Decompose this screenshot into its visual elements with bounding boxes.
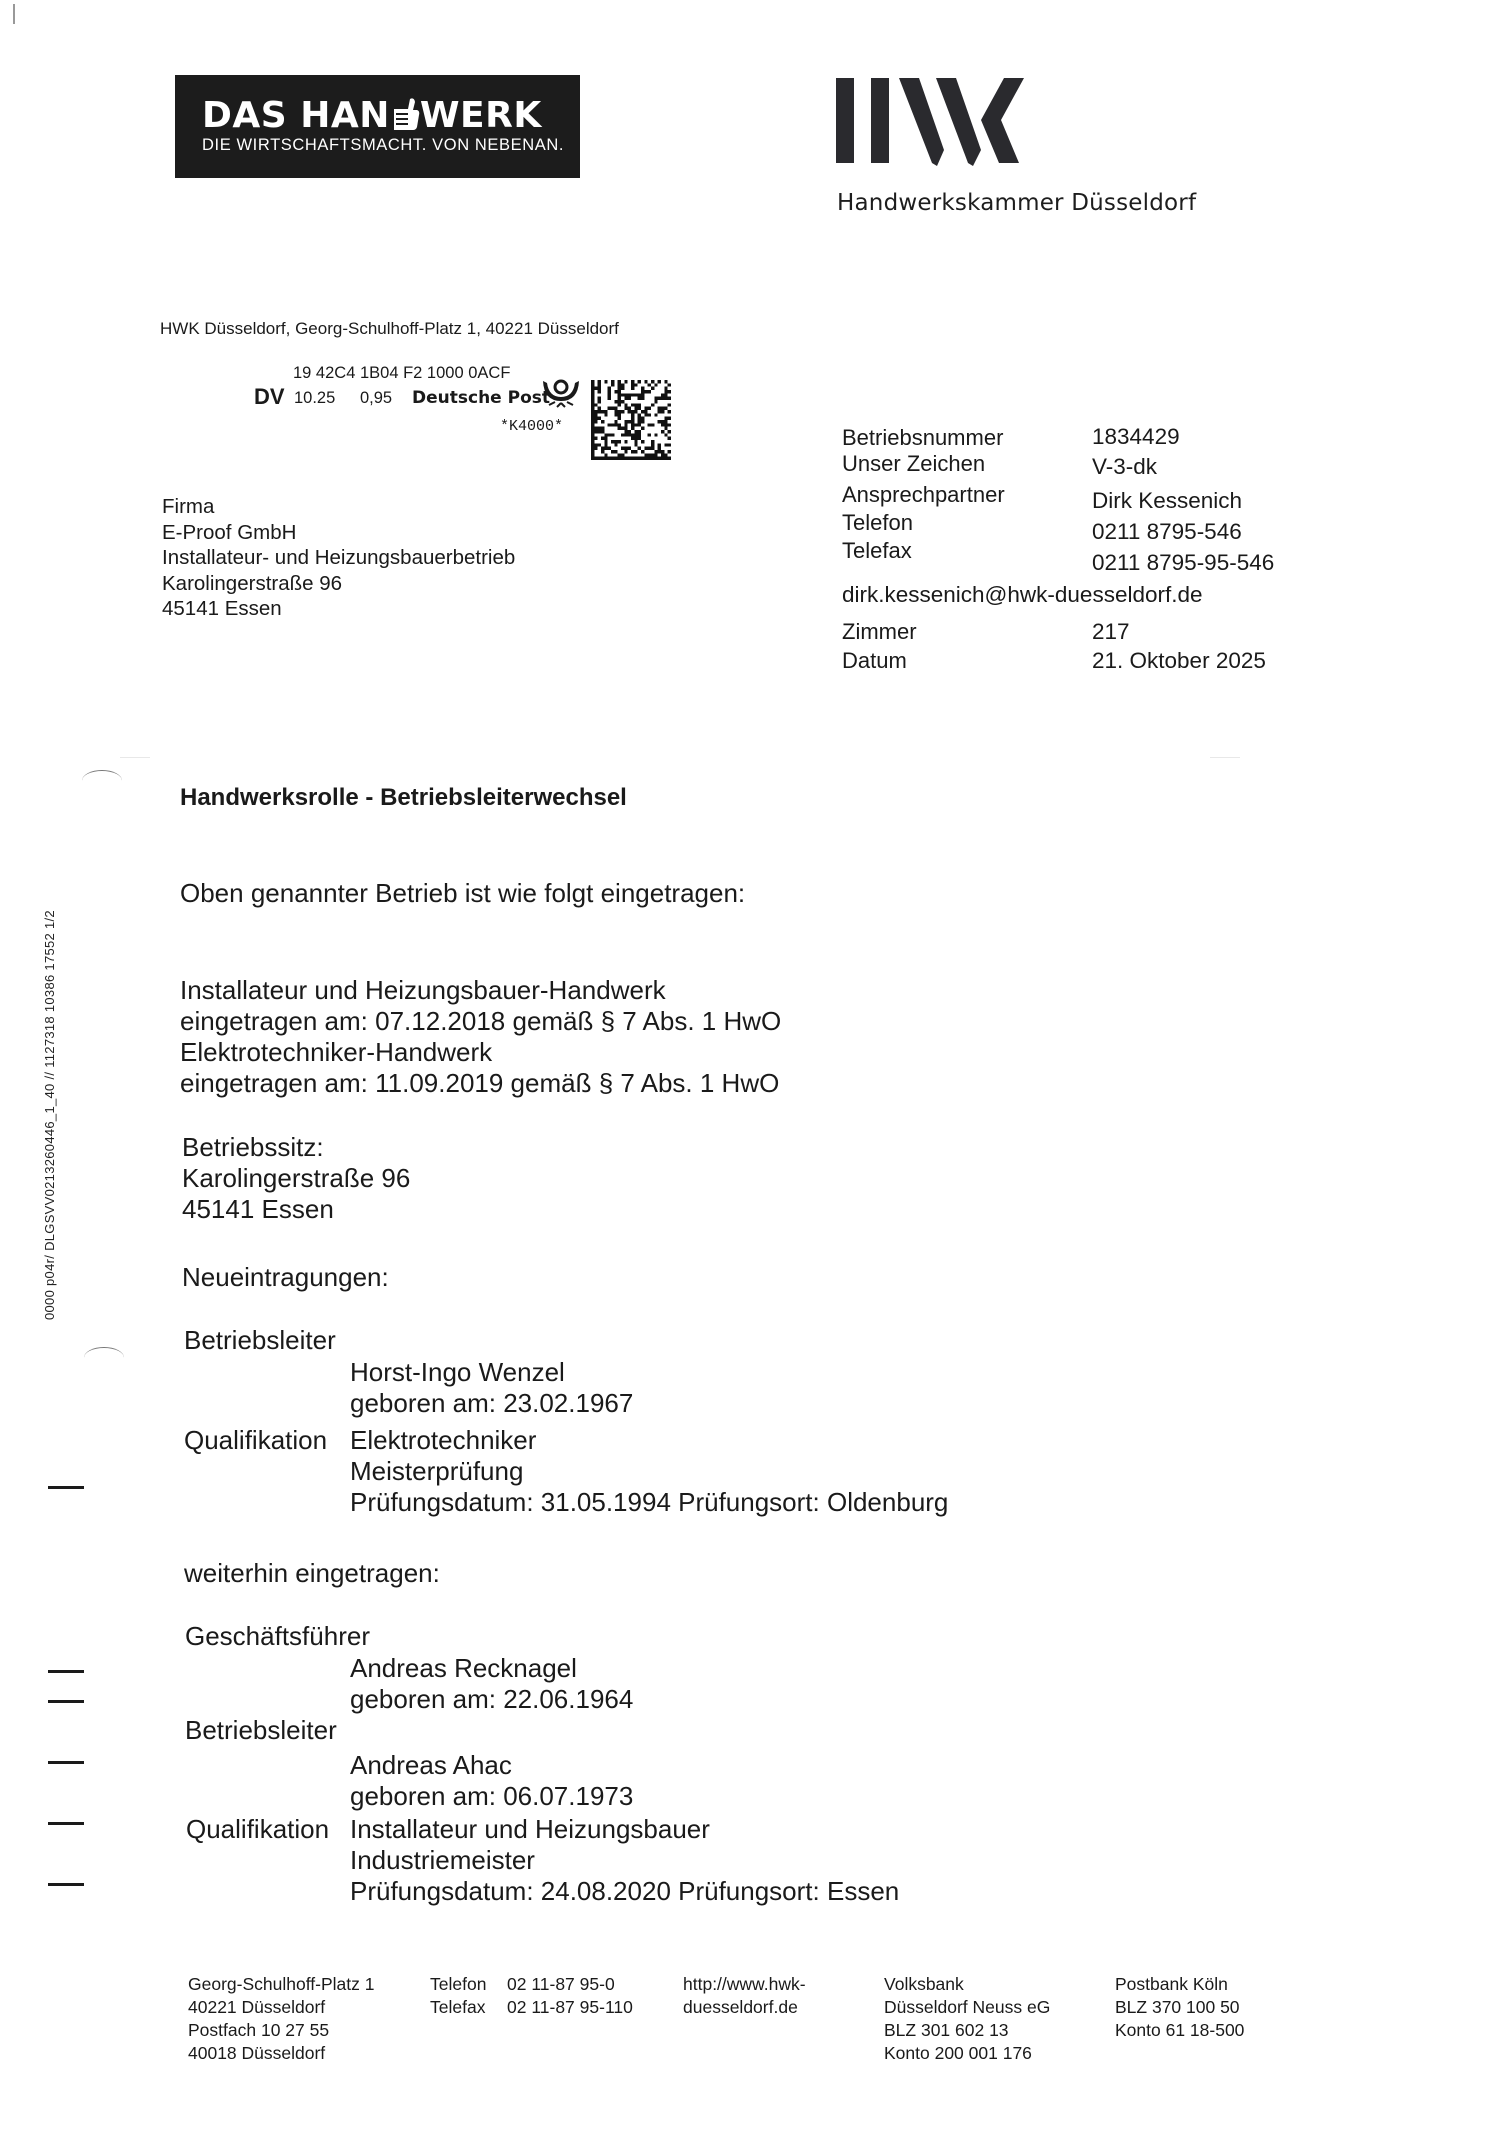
- sender-line: HWK Düsseldorf, Georg-Schulhoff-Platz 1,…: [160, 319, 619, 339]
- franking-code: 19 42C4 1B04 F2 1000 0ACF: [293, 364, 510, 383]
- posthorn-icon: [541, 377, 581, 411]
- seat-label: Betriebssitz:: [182, 1132, 324, 1163]
- zimmer-label: Zimmer: [842, 619, 917, 645]
- further-person-name: Andreas Ahac: [350, 1750, 512, 1781]
- further-role: Betriebsleiter: [185, 1715, 337, 1746]
- recipient-line: E-Proof GmbH: [162, 520, 515, 546]
- new-person-born: geboren am: 23.02.1967: [350, 1388, 633, 1419]
- further-person-name: Andreas Recknagel: [350, 1653, 577, 1684]
- margin-mark: [48, 1486, 84, 1489]
- franking-date: 10.25: [294, 389, 335, 408]
- seat-city: 45141 Essen: [182, 1194, 334, 1225]
- margin-mark: [48, 1883, 84, 1886]
- recipient-line: Installateur- und Heizungsbauerbetrieb: [162, 545, 515, 571]
- zeichen-label: Unser Zeichen: [842, 451, 985, 477]
- letter-intro: Oben genannter Betrieb ist wie folgt ein…: [180, 878, 745, 909]
- email-link[interactable]: dirk.kessenich@hwk-duesseldorf.de: [842, 582, 1203, 608]
- datum-value: 21. Oktober 2025: [1092, 648, 1266, 674]
- franking-dv: DV: [254, 384, 285, 410]
- further-qual-label: Qualifikation: [186, 1814, 329, 1845]
- franking-amount: 0,95: [360, 389, 392, 408]
- betriebsnummer-value: 1834429: [1092, 424, 1180, 450]
- further-person-born: geboren am: 22.06.1964: [350, 1684, 633, 1715]
- recipient-address: Firma E-Proof GmbH Installateur- und Hei…: [162, 494, 515, 622]
- ansprechpartner-label: Ansprechpartner: [842, 482, 1005, 508]
- ansprechpartner-value: Dirk Kessenich: [1092, 488, 1242, 514]
- footer-phone-values: 02 11-87 95-0 02 11-87 95-110: [507, 1973, 633, 2019]
- margin-mark: [48, 1822, 84, 1825]
- zeichen-value: V-3-dk: [1092, 454, 1157, 480]
- scan-mark: [13, 4, 15, 24]
- new-role: Betriebsleiter: [184, 1325, 336, 1356]
- margin-mark: [48, 1670, 84, 1673]
- trade-name: Installateur und Heizungsbauer-Handwerk: [180, 975, 666, 1006]
- further-qual: Installateur und Heizungsbauer: [350, 1814, 710, 1845]
- trade-name: Elektrotechniker-Handwerk: [180, 1037, 492, 1068]
- punch-hole-mark: [84, 1347, 124, 1368]
- das-handwerk-logo-title: DAS HANWERK: [202, 95, 542, 134]
- footer-address: Georg-Schulhoff-Platz 1 40221 Düsseldorf…: [188, 1973, 374, 2065]
- franking-reference: *K4000*: [500, 418, 563, 435]
- further-label: weiterhin eingetragen:: [184, 1558, 440, 1589]
- side-reference-code: 0000 p04r/ DLGSVV0213260446_1_40 // 1127…: [42, 910, 57, 1320]
- thumbs-up-icon: [390, 95, 420, 127]
- recipient-line: Karolingerstraße 96: [162, 571, 515, 597]
- trade-registered: eingetragen am: 07.12.2018 gemäß § 7 Abs…: [180, 1006, 781, 1037]
- footer-bank-postbank: Postbank Köln BLZ 370 100 50 Konto 61 18…: [1115, 1973, 1244, 2042]
- margin-mark: [48, 1700, 84, 1703]
- letter-subject: Handwerksrolle - Betriebsleiterwechsel: [180, 784, 627, 812]
- new-qual: Elektrotechniker: [350, 1425, 536, 1456]
- datamatrix-code-icon: [590, 380, 672, 460]
- margin-mark: [48, 1761, 84, 1764]
- das-handwerk-slogan: DIE WIRTSCHAFTSMACHT. VON NEBENAN.: [202, 137, 564, 154]
- new-person-name: Horst-Ingo Wenzel: [350, 1357, 565, 1388]
- footer-website-link[interactable]: http://www.hwk- duesseldorf.de: [683, 1973, 806, 2019]
- recipient-line: Firma: [162, 494, 515, 520]
- telefax-value: 0211 8795-95-546: [1092, 550, 1274, 576]
- das-handwerk-logo: DAS HANWERK DIE WIRTSCHAFTSMACHT. VON NE…: [175, 75, 580, 178]
- telefon-value: 0211 8795-546: [1092, 519, 1242, 545]
- datum-label: Datum: [842, 648, 907, 674]
- recipient-line: 45141 Essen: [162, 596, 515, 622]
- further-exam: Industriemeister: [350, 1845, 535, 1876]
- hwk-logo-icon: [836, 78, 1026, 170]
- betriebsnummer-label: Betriebsnummer: [842, 425, 1003, 451]
- new-exam: Meisterprüfung: [350, 1456, 523, 1487]
- new-qual-label: Qualifikation: [184, 1425, 327, 1456]
- seat-street: Karolingerstraße 96: [182, 1163, 410, 1194]
- zimmer-value: 217: [1092, 619, 1130, 645]
- fold-line: [1210, 757, 1240, 758]
- fold-line: [120, 757, 150, 758]
- punch-hole-mark: [82, 770, 122, 791]
- telefax-label: Telefax: [842, 538, 912, 564]
- further-person-born: geboren am: 06.07.1973: [350, 1781, 633, 1812]
- further-exam-details: Prüfungsdatum: 24.08.2020 Prüfungsort: E…: [350, 1876, 899, 1907]
- hwk-name: Handwerkskammer Düsseldorf: [837, 190, 1196, 216]
- new-exam-details: Prüfungsdatum: 31.05.1994 Prüfungsort: O…: [350, 1487, 948, 1518]
- footer-phone-labels: Telefon Telefax: [430, 1973, 486, 2019]
- further-role: Geschäftsführer: [185, 1621, 370, 1652]
- trade-registered: eingetragen am: 11.09.2019 gemäß § 7 Abs…: [180, 1068, 779, 1099]
- new-entries-label: Neueintragungen:: [182, 1262, 389, 1293]
- telefon-label: Telefon: [842, 510, 913, 536]
- footer-bank-volksbank: Volksbank Düsseldorf Neuss eG BLZ 301 60…: [884, 1973, 1050, 2065]
- franking-carrier: Deutsche Post: [412, 388, 550, 408]
